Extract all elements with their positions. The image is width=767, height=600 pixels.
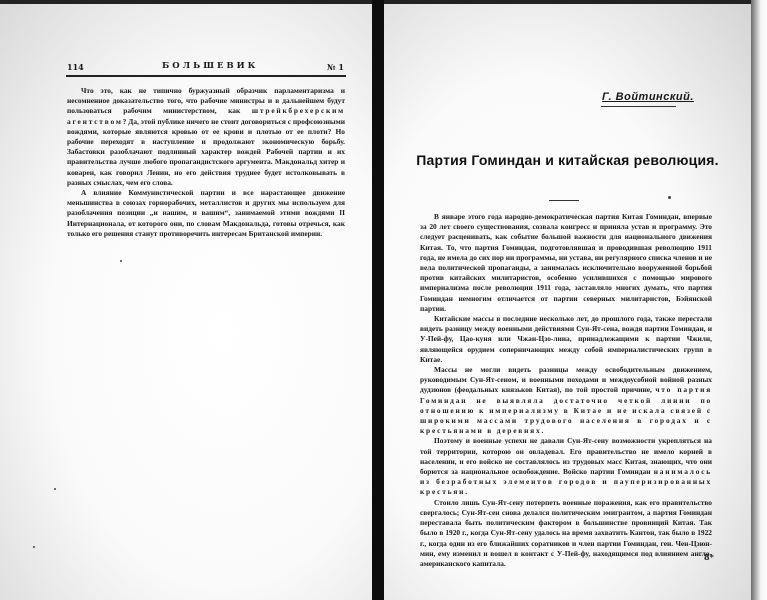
paragraph: В январе этого года народно-демократичес…: [420, 212, 712, 314]
right-page: Г. Войтинский. Партия Гоминдан и китайск…: [384, 4, 751, 600]
signature-mark: 8*: [704, 552, 714, 562]
journal-title: БОЛЬШЕВИК: [162, 61, 258, 71]
scan-speck: [33, 546, 35, 548]
page-number: 114: [67, 62, 84, 72]
author-name: Г. Войтинский.: [602, 91, 694, 103]
scan-speck: [668, 196, 671, 199]
paragraph: Массы не могли видеть разницы между осво…: [420, 365, 712, 436]
header-rule: [66, 75, 346, 77]
article-title: Партия Гоминдан и китайская революция.: [384, 152, 751, 168]
title-separator: [549, 200, 579, 201]
paragraph: А влияние Коммунистической партии и все …: [67, 188, 345, 239]
paragraph: Стоило лишь Сун-Ят-сену потерпеть военны…: [420, 498, 712, 569]
paragraph: Что это, как не типично буржуазный образ…: [67, 86, 345, 188]
author-underline: [601, 106, 676, 107]
scan-speck: [120, 260, 122, 262]
paragraph: Китайские массы в последние несколько ле…: [420, 314, 712, 365]
paragraph: Поэтому и военные успехи не давали Сун-Я…: [420, 436, 712, 497]
issue-number: № 1: [327, 62, 344, 72]
left-page-body: Что это, как не типично буржуазный образ…: [67, 86, 345, 239]
running-header: 114 БОЛЬШЕВИК № 1: [67, 60, 344, 74]
right-page-body: В январе этого года народно-демократичес…: [420, 212, 712, 569]
book-spine: [372, 0, 384, 600]
scan-speck: [54, 488, 56, 490]
left-page: 114 БОЛЬШЕВИК № 1 Что это, как не типичн…: [0, 4, 372, 600]
scan-right-edge: [751, 0, 767, 600]
